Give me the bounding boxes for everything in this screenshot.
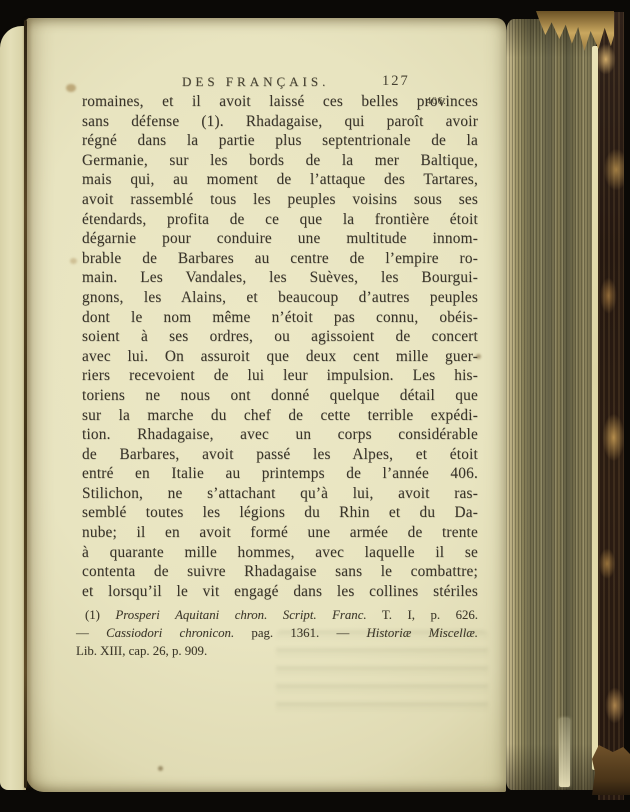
marbled-cover-board [598,12,624,800]
body-line: dégarnie pour conduire une multitude inn… [82,229,478,249]
body-line: sans défense (1). Rhadagaise, qui paroît… [82,112,478,132]
body-line: contenta de suivre Rhadagaise sans le co… [82,562,478,582]
body-line: tion. Rhadagaise, avec un corps considér… [82,425,478,445]
body-line: avec lui. On assuroit que deux cent mill… [82,347,478,367]
body-text: romaines, et il avoit laissé ces belles … [82,92,478,601]
body-line: entré en Italie au printemps de l’année … [82,464,478,484]
paper-stain [476,354,481,359]
footnote-citation: Historiæ Miscellæ. [367,626,478,640]
body-line: main. Les Vandales, les Suèves, les Bour… [82,268,478,288]
facing-page-edge [0,26,26,790]
body-line: avoit rassemblé tous les peuples voisins… [82,190,478,210]
book-fore-edge [506,19,596,790]
footnote-citation: Prosperi Aquitani chron. Script. Franc. [115,608,366,622]
body-line: brable de Barbares au centre de l’empire… [82,249,478,269]
gutter-fold-line [24,20,27,788]
fore-edge-shading [506,19,596,790]
footnote-citation: Cassiodori chronicon. [106,626,234,640]
body-line: gnons, les Alains, et beaucoup d’autres … [82,288,478,308]
footnote: (1) Prosperi Aquitani chron. Script. Fra… [76,606,478,661]
body-line: toriens ne nous ont donné quelque détail… [82,386,478,406]
footnote-dash: — [76,626,106,640]
body-line: étendards, profita de ce que la frontièr… [82,210,478,230]
page-header: DES FRANÇAIS. 127 [26,74,506,92]
page-number: 127 [382,73,410,90]
body-line: Germanie, sur les bords de la mer Baltiq… [82,151,478,171]
body-line: mais qui, au moment de l’attaque des Tar… [82,170,478,190]
paper-stain [70,258,77,264]
body-line: semblé toutes les légions du Rhin et du … [82,503,478,523]
paper-stain [66,84,76,92]
book-page: DES FRANÇAIS. 127 406. romaines, et il a… [26,18,506,792]
footnote-line: (1) Prosperi Aquitani chron. Script. Fra… [76,606,478,624]
footnote-reference: pag. 1361. — [234,626,366,640]
body-line: soient à ses ordres, ou agissoient de co… [82,327,478,347]
body-line: à quarante mille hommes, avec laquelle i… [82,543,478,563]
body-line: nube; il en avoit formé une armée de tre… [82,523,478,543]
body-line: Stilichon, ne s’attachant qu’à lui, avoi… [82,484,478,504]
body-line: dont le nom même n’étoit pas connu, obéi… [82,308,478,328]
footnote-reference: T. I, p. 626. [367,608,478,622]
footnote-reference: Lib. XIII, cap. 26, p. 909. [76,644,207,658]
footnote-marker: (1) [85,608,115,622]
paper-stain [158,766,163,771]
torn-tailcap [592,745,630,795]
body-line: riers recevoient de lui leur impulsion. … [82,366,478,386]
footnote-line: Lib. XIII, cap. 26, p. 909. [76,642,478,660]
protruding-page-edge [559,718,570,787]
footnote-line: — Cassiodori chronicon. pag. 1361. — His… [76,624,478,642]
body-line: de Barbares, avoit passé les Alpes, et é… [82,445,478,465]
body-line: sur la marche du chef de cette terrible … [82,406,478,426]
body-line: romaines, et il avoit laissé ces belles … [82,92,478,112]
running-title: DES FRANÇAIS. [182,74,329,90]
body-line: et lorsqu’il le vit engagé dans les coll… [82,582,478,602]
body-line: régné dans la partie plus septentrionale… [82,131,478,151]
book-scan-photo: DES FRANÇAIS. 127 406. romaines, et il a… [0,0,630,812]
